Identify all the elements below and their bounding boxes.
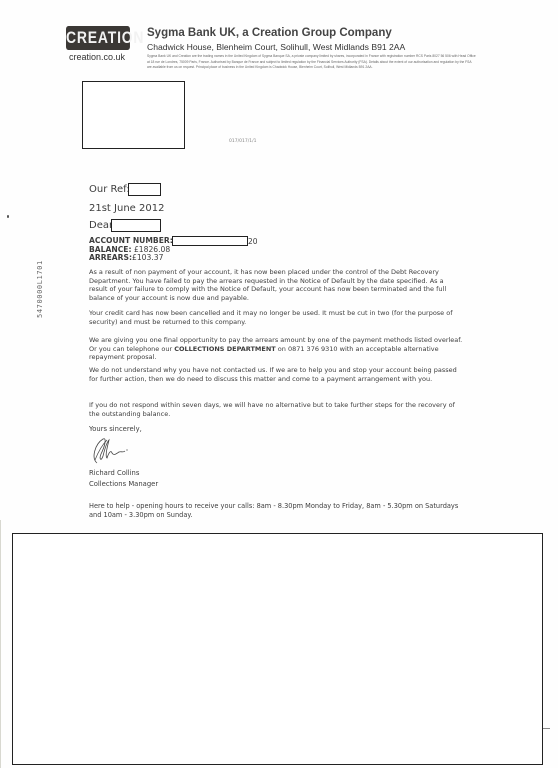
opening-hours: Here to help - opening hours to receive … [89,502,469,519]
collections-department: COLLECTIONS DEPARTMENT [174,345,276,353]
fold-mark [543,728,550,729]
account-number-suffix: 20 [248,237,258,246]
redacted-account-number [172,236,248,246]
paragraph-debt-recovery: As a result of non payment of your accou… [89,268,464,303]
letter-date: 21st June 2012 [89,203,164,214]
reference-code: 017/017/1/1 [229,139,256,144]
redacted-our-ref [128,183,161,196]
company-address: Chadwick House, Blenheim Court, Solihull… [147,42,405,52]
paragraph-seven-days: If you do not respond within seven days,… [89,401,464,418]
signature-image [87,436,137,466]
scan-mark [7,215,9,218]
paragraph-payment-opportunity: We are giving you one final opportunity … [89,336,464,362]
side-barcode-number: 5470000L1701 [36,260,44,318]
closing: Yours sincerely, [89,425,142,433]
scan-edge [0,520,1,768]
salutation: Dear [89,220,113,231]
redacted-payment-slip [12,533,543,765]
signer-title: Collections Manager [89,480,158,488]
company-name: Sygma Bank UK, a Creation Group Company [147,27,392,39]
signer-name: Richard Collins [89,469,139,477]
letter-page: CREATION creation.co.uk Sygma Bank UK, a… [0,0,558,768]
paragraph-not-contacted: We do not understand why you have not co… [89,366,464,383]
our-ref-label: Our Ref: [89,184,130,195]
creation-logo: CREATION [66,26,130,50]
redacted-recipient-name [111,219,161,232]
paragraph-card-cancelled: Your credit card has now been cancelled … [89,309,464,326]
logo-url: creation.co.uk [69,52,125,62]
redacted-recipient-address [82,81,185,149]
arrears-line: ARREARS:£103.37 [89,254,163,263]
arrears-label: ARREARS: [89,253,132,262]
regulatory-fine-print: Sygma Bank UK and Creation are the tradi… [147,54,477,71]
arrears-value: £103.37 [132,253,163,262]
